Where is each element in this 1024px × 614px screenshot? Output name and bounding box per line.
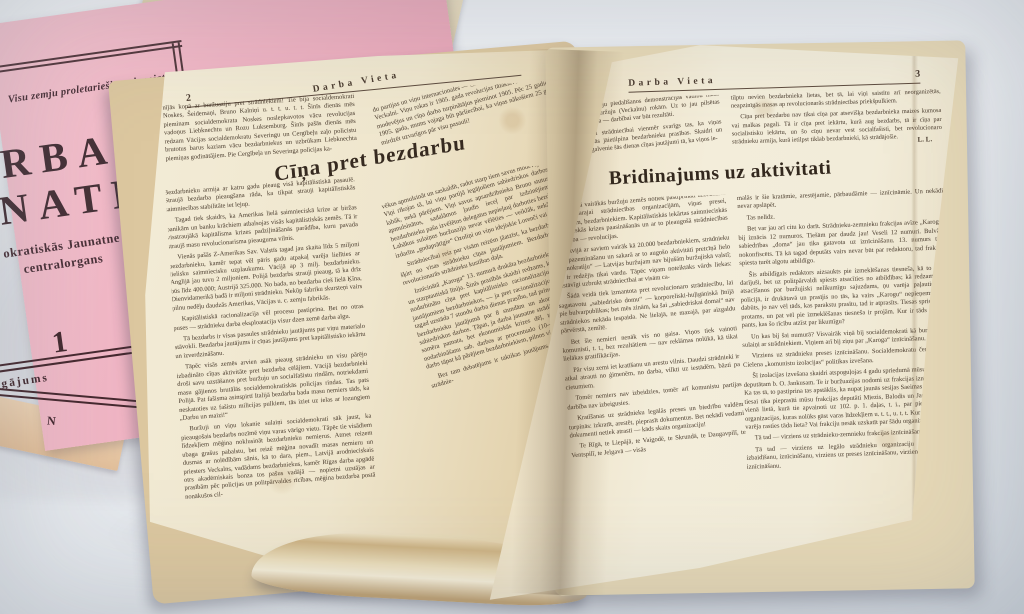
article-body: Pēdējā laikā vairākās buržuju zemēs noti… <box>550 188 955 564</box>
cover-bottom-letter: N <box>46 413 56 429</box>
paragraph: Tāpēc visās zemēs arvien asāk pieaug str… <box>176 351 371 423</box>
paragraph: Buržuji un viņu lokanie sulaiņi socialde… <box>180 413 376 502</box>
text-column: tilptu nevien bezdarbnieka lietas, bet t… <box>731 88 943 167</box>
paragraph: Vienās pašās Z-Amerikas Sav. Valstīs tag… <box>168 241 363 313</box>
paragraph: Šis atbildīgais redaktors aizsaukts pie … <box>739 264 947 331</box>
newspaper-title: Darba Vieta <box>628 76 716 89</box>
photo-scene: Visu zemju proletarieši, savienojaties! … <box>0 0 1024 614</box>
paragraph: Bet var jau arī citu ko darīt. Strādniek… <box>738 219 946 269</box>
right-page-content: Darba Vieta 3 ganizāciju priekšstāvju pi… <box>544 52 961 604</box>
text-column: Pēdējā laikā vairākās buržuju zemēs noti… <box>550 190 756 565</box>
cover-frame-rule <box>0 40 182 78</box>
page-number: 3 <box>915 69 920 80</box>
